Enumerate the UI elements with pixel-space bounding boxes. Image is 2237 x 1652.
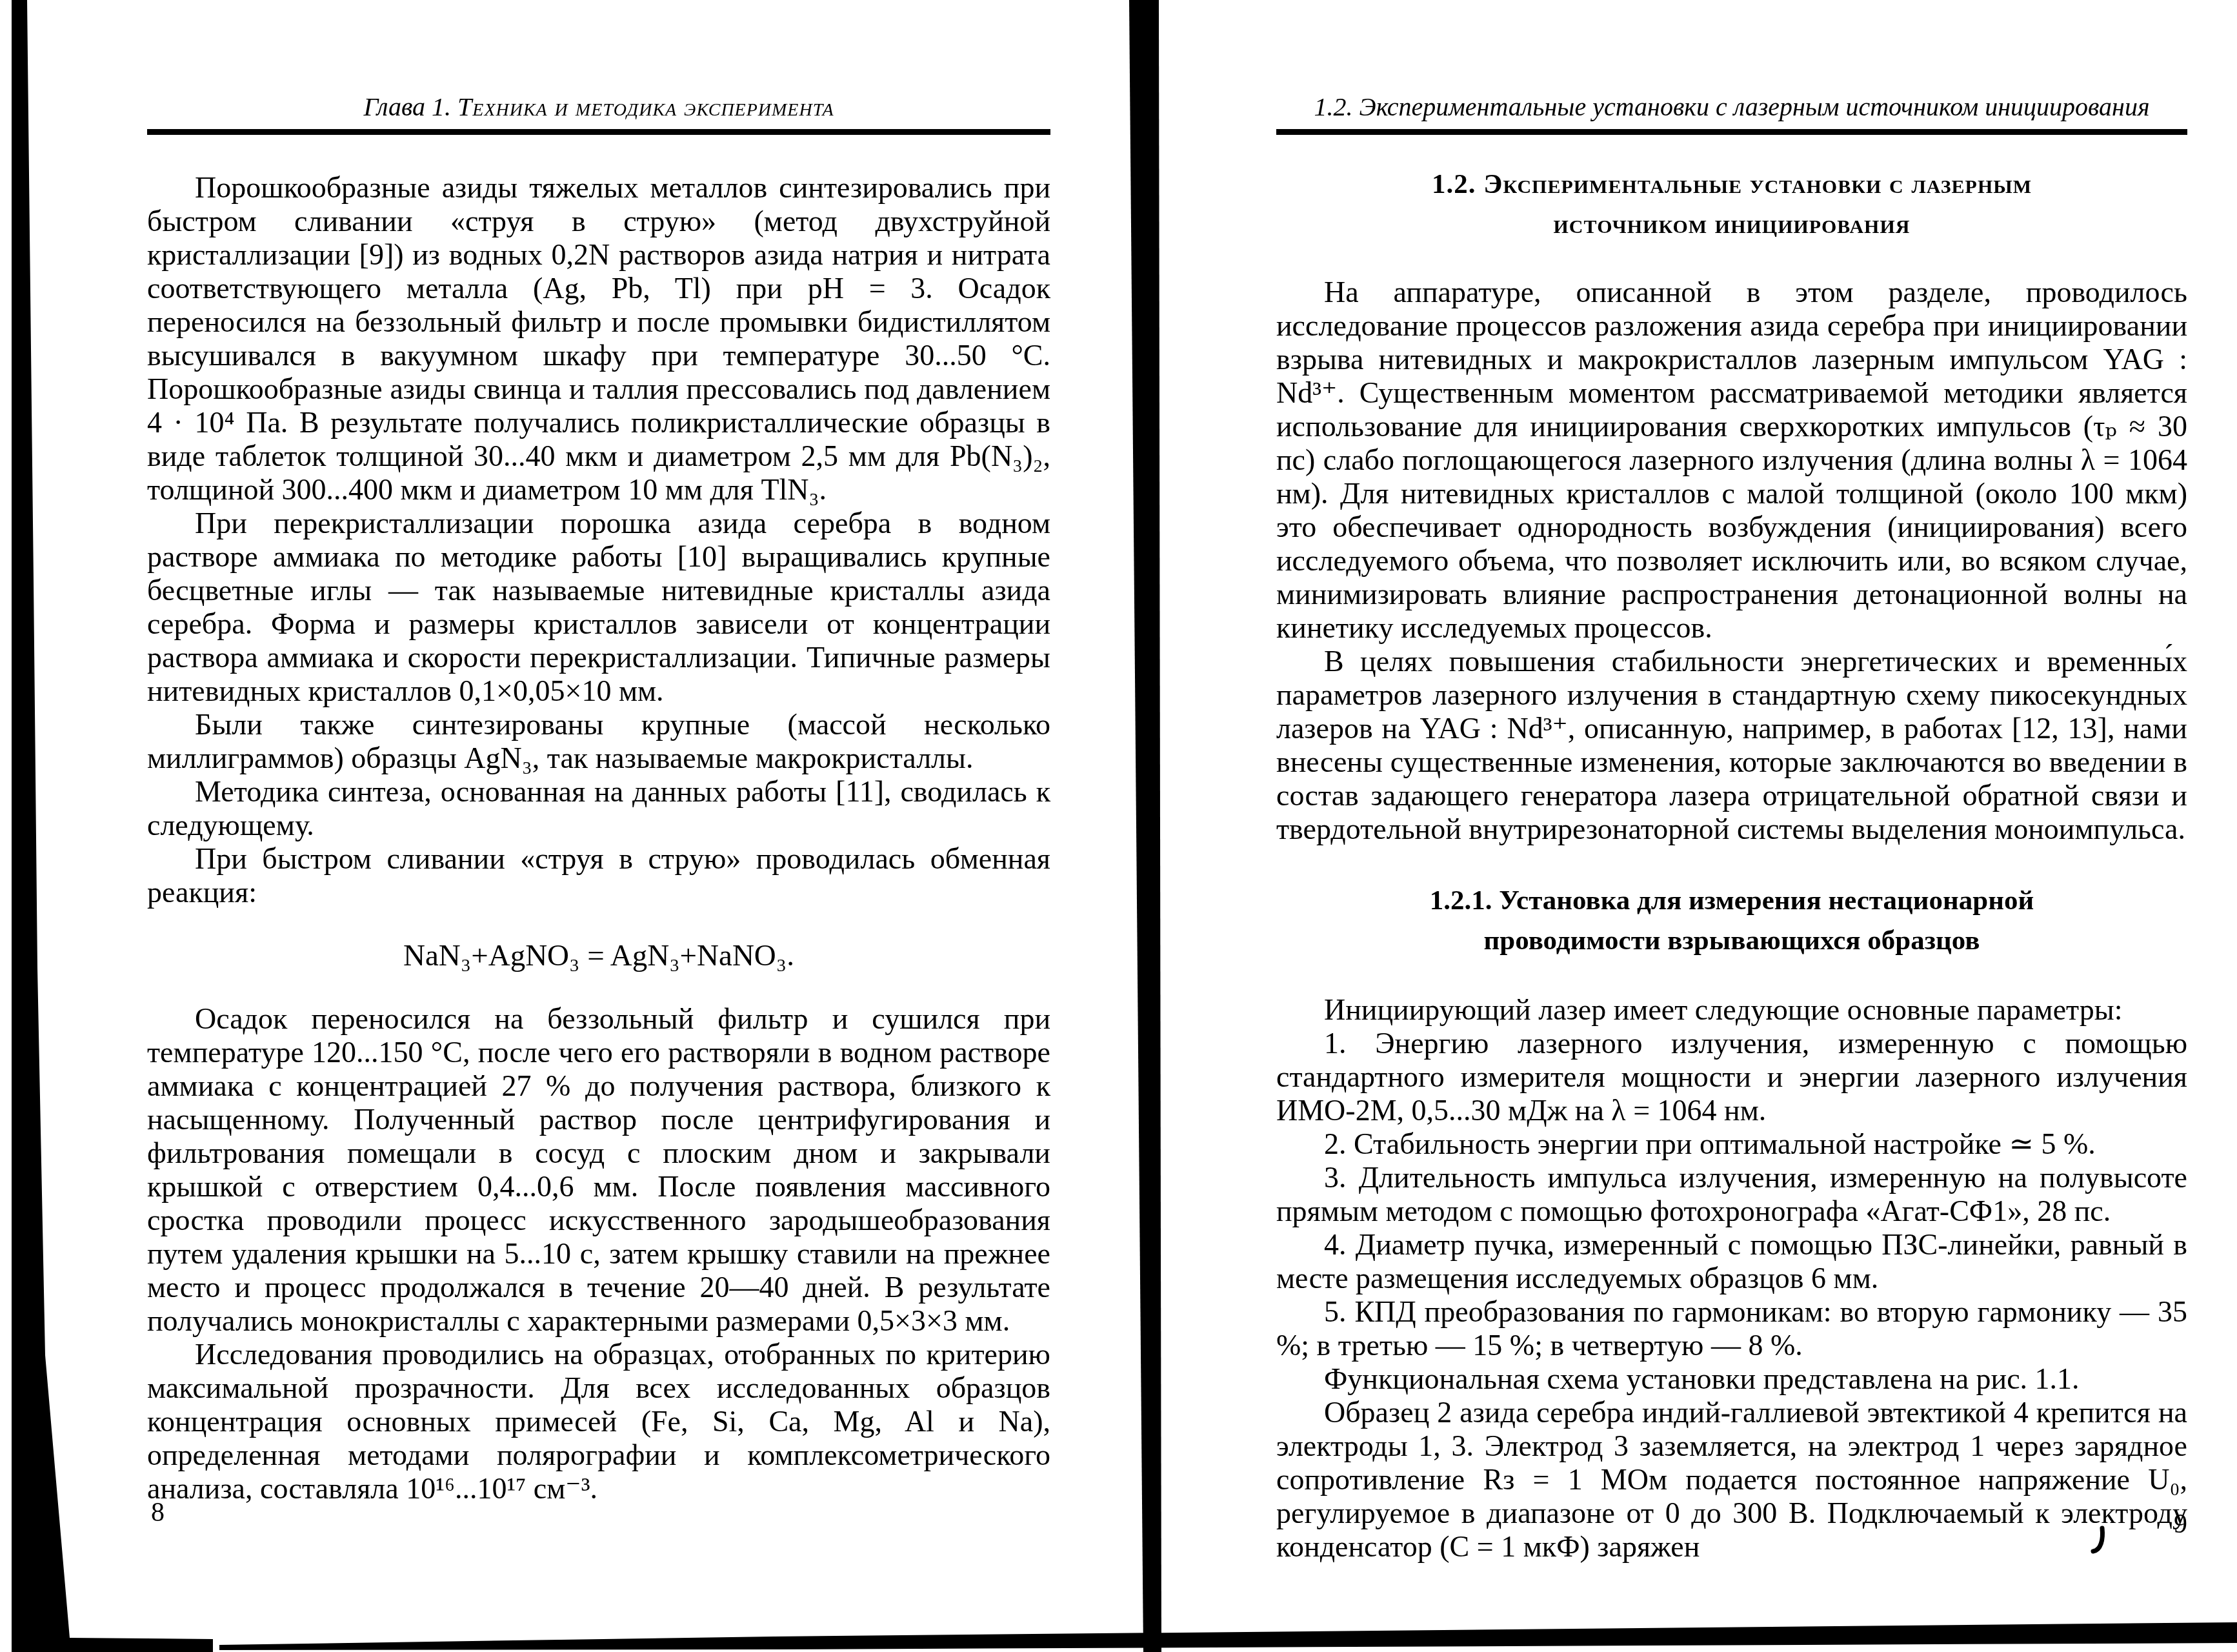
section-heading: 1.2. Экспериментальные установки с лазер… [1276, 165, 2187, 245]
paragraph: Исследования проводились на образцах, от… [147, 1338, 1050, 1506]
paragraph: 1. Энергию лазерного излучения, измеренн… [1276, 1027, 2187, 1127]
running-header-left: Глава 1. Техника и методика эксперимента [147, 92, 1050, 123]
paragraph: Осадок переносился на беззольный фильтр … [147, 1002, 1050, 1338]
paragraph: Были также синтезированы крупные (массой… [147, 708, 1050, 775]
paragraph: 2. Стабильность энергии при оптимальной … [1276, 1127, 2187, 1161]
left-page-body: Порошкообразные азиды тяжелых металлов с… [147, 171, 1050, 1506]
subsection-heading: 1.2.1. Установка для измерения нестацион… [1276, 881, 2187, 961]
chapter-header-prefix: Глава 1. [363, 92, 457, 121]
running-header-right: 1.2. Экспериментальные установки с лазер… [1276, 92, 2187, 123]
page-number-left: 8 [151, 1497, 165, 1528]
book-spine [1129, 0, 1161, 1652]
running-header-rule [147, 129, 1050, 135]
right-page: 1.2. Экспериментальные установки с лазер… [1276, 0, 2187, 1564]
paragraph: Инициирующий лазер имеет следующие основ… [1276, 993, 2187, 1027]
paragraph: 3. Длительность импульса излучения, изме… [1276, 1161, 2187, 1228]
chapter-header-title: Техника и методика эксперимента [457, 92, 834, 121]
scan-edge-bottom [219, 1622, 2237, 1650]
paragraph: В целях повышения стабильности энергетич… [1276, 645, 2187, 846]
paragraph: При быстром сливании «струя в струю» про… [147, 842, 1050, 909]
right-page-body: На аппаратуре, описанной в этом разделе,… [1276, 276, 2187, 1564]
page-number-right: 9 [1276, 1509, 2187, 1540]
paragraph: На аппаратуре, описанной в этом разделе,… [1276, 276, 2187, 645]
paragraph: Порошкообразные азиды тяжелых металлов с… [147, 171, 1050, 507]
paragraph: 4. Диаметр пучка, измеренный с помощью П… [1276, 1228, 2187, 1295]
paragraph: При перекристаллизации порошка азида сер… [147, 507, 1050, 708]
chemical-equation: NaN₃+AgNO₃ = AgN₃+NaNO₃. [147, 939, 1050, 972]
paragraph: Методика синтеза, основанная на данных р… [147, 775, 1050, 842]
paragraph: 5. КПД преобразования по гармоникам: во … [1276, 1295, 2187, 1362]
running-header-rule [1276, 129, 2187, 135]
paragraph: Функциональная схема установки представл… [1276, 1362, 2187, 1396]
left-page: Глава 1. Техника и методика эксперимента… [147, 0, 1050, 1506]
